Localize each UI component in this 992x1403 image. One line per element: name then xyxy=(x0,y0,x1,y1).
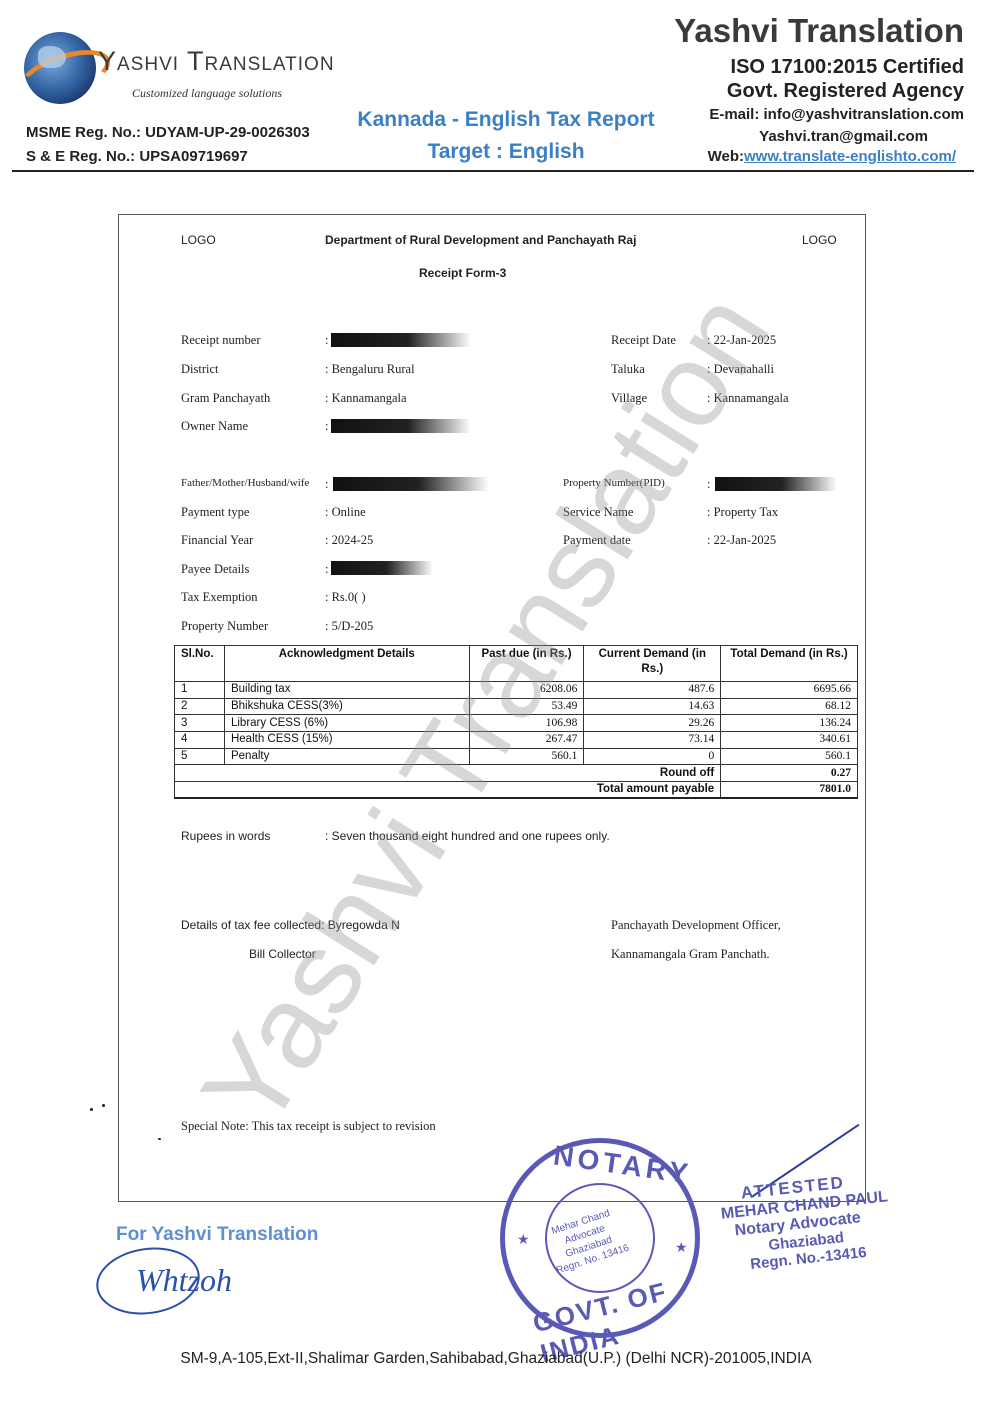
form-title: Receipt Form-3 xyxy=(419,266,506,280)
website-link[interactable]: www.translate-englishto.com/ xyxy=(744,148,956,165)
cell-total-demand: 68.12 xyxy=(721,698,858,715)
logo-tagline: Customized language solutions xyxy=(132,86,282,101)
web-label: Web: xyxy=(708,148,744,165)
cell-total-demand: 340.61 xyxy=(721,732,858,749)
cell-sl-no: 3 xyxy=(175,715,225,732)
receipt-number-label: Receipt number xyxy=(181,333,261,348)
financial-year-value: : 2024-25 xyxy=(325,533,373,548)
tax-exemption-label: Tax Exemption xyxy=(181,590,258,605)
scan-speck xyxy=(158,1138,161,1140)
property-number-value: : 5/D-205 xyxy=(325,619,373,634)
financial-year-label: Financial Year xyxy=(181,533,253,548)
service-name-value: : Property Tax xyxy=(707,505,778,520)
gram-panchayath-value: : Kannamangala xyxy=(325,391,407,406)
footer-address: SM-9,A-105,Ext-II,Shalimar Garden,Sahiba… xyxy=(0,1350,992,1368)
property-number-label: Property Number xyxy=(181,619,268,634)
col-sl-no: Sl.No. xyxy=(175,646,225,682)
redacted-pid xyxy=(715,477,837,491)
logo-brand-name: Yashvi Translation xyxy=(98,46,335,77)
target-language: Target : English xyxy=(340,140,672,164)
redacted-relation-name xyxy=(333,477,489,491)
officer-title: Panchayath Development Officer, xyxy=(611,918,781,933)
redacted-owner-name xyxy=(331,419,471,433)
notary-stamp: NOTARY Mehar Chand Advocate Ghaziabad Re… xyxy=(500,1138,700,1338)
rupees-in-words-label: Rupees in words xyxy=(181,829,270,843)
star-icon: ★ xyxy=(517,1231,530,1248)
attestation-stamp: ATTESTED MEHAR CHAND PAUL Notary Advocat… xyxy=(718,1168,894,1275)
cell-sl-no: 1 xyxy=(175,682,225,699)
company-email: E-mail: info@yashvitranslation.com xyxy=(709,106,964,123)
company-web: Web:www.translate-englishto.com/ xyxy=(708,148,956,165)
cell-total-demand: 560.1 xyxy=(721,748,858,765)
scan-speck xyxy=(90,1108,93,1111)
signature: Whtzoh xyxy=(136,1262,232,1299)
star-icon: ★ xyxy=(675,1239,688,1256)
redacted-payee-details xyxy=(331,561,433,575)
officer-office: Kannamangala Gram Panchath. xyxy=(611,947,770,962)
se-registration: S & E Reg. No.: UPSA09719697 xyxy=(26,148,248,165)
cell-sl-no: 5 xyxy=(175,748,225,765)
globe-icon xyxy=(24,32,96,104)
relation-label: Father/Mother/Husband/wife xyxy=(181,477,309,489)
cell-current-demand: 0 xyxy=(584,748,721,765)
report-title: Kannada - English Tax Report xyxy=(340,108,672,132)
company-name: Yashvi Translation xyxy=(674,12,964,50)
col-total-demand: Total Demand (in Rs.) xyxy=(721,646,858,682)
msme-registration: MSME Reg. No.: UDYAM-UP-29-0026303 xyxy=(26,124,310,141)
col-current-demand: Current Demand (in Rs.) xyxy=(584,646,721,682)
cell-current-demand: 73.14 xyxy=(584,732,721,749)
payment-type-value: : Online xyxy=(325,505,366,520)
tax-exemption-value: : Rs.0( ) xyxy=(325,590,366,605)
cell-sl-no: 2 xyxy=(175,698,225,715)
total-row-value: 7801.0 xyxy=(721,782,858,799)
payment-date-value: : 22-Jan-2025 xyxy=(707,533,776,548)
district-value: : Bengaluru Rural xyxy=(325,362,415,377)
logo-left: LOGO xyxy=(181,233,216,247)
payment-type-label: Payment type xyxy=(181,505,249,520)
payee-details-label: Payee Details xyxy=(181,562,249,577)
cell-current-demand: 29.26 xyxy=(584,715,721,732)
company-gmail: Yashvi.tran@gmail.com xyxy=(759,128,928,145)
gram-panchayath-label: Gram Panchayath xyxy=(181,391,270,406)
cell-total-demand: 136.24 xyxy=(721,715,858,732)
district-label: District xyxy=(181,362,219,377)
department-title: Department of Rural Development and Panc… xyxy=(325,233,636,247)
company-logo: Yashvi Translation Customized language s… xyxy=(22,26,352,106)
for-company-label: For Yashvi Translation xyxy=(116,1224,318,1246)
owner-name-label: Owner Name xyxy=(181,419,248,434)
cell-current-demand: 14.63 xyxy=(584,698,721,715)
cell-total-demand: 6695.66 xyxy=(721,682,858,699)
header-divider xyxy=(12,170,974,172)
redacted-receipt-number xyxy=(331,333,471,347)
cell-current-demand: 487.6 xyxy=(584,682,721,699)
round-off-row-value: 0.27 xyxy=(721,765,858,782)
scan-speck xyxy=(102,1104,105,1107)
logo-right: LOGO xyxy=(802,233,837,247)
iso-certification: ISO 17100:2015 Certified xyxy=(731,56,964,79)
govt-agency: Govt. Registered Agency xyxy=(727,80,964,103)
cell-sl-no: 4 xyxy=(175,732,225,749)
